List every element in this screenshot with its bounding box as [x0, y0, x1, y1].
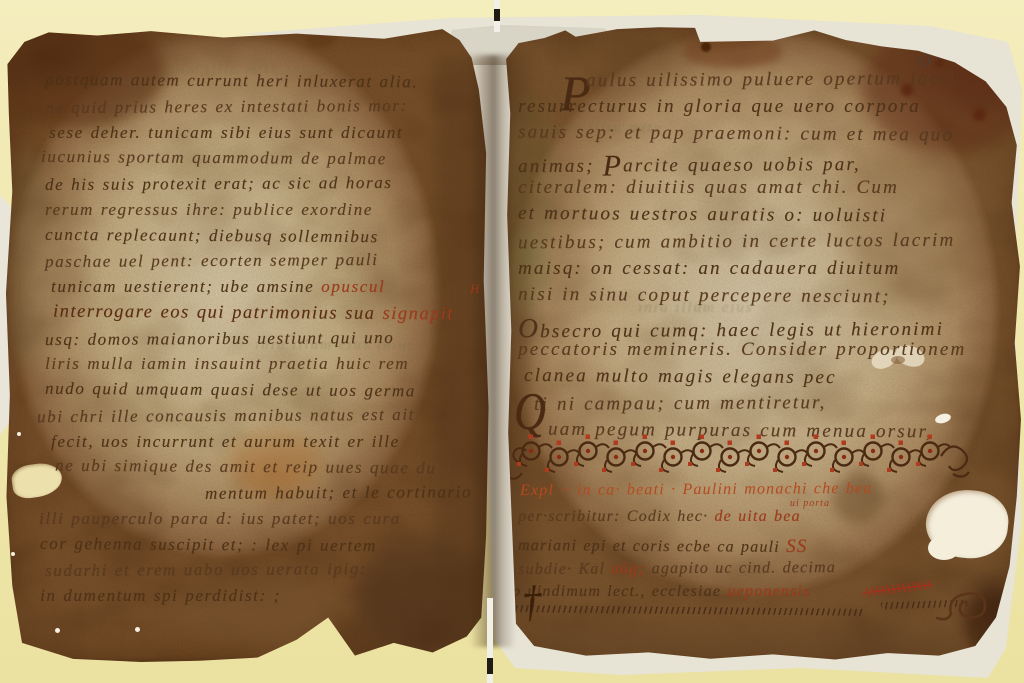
ribbon-dark-segment — [494, 9, 500, 21]
text-line: aulus uilissimo puluere opertum iacet — [586, 69, 958, 90]
text-line: ti ni campau; cum mentiretur, — [534, 393, 827, 414]
text-line: sudarhi et erem uabo uos uerata ipig: — [45, 560, 367, 579]
text-line: ubi chri ille concausis manibus natus es… — [37, 406, 415, 425]
spiral-ornament-band — [505, 430, 979, 488]
explicit-line: p uindimum lect., ecclesiae ueponensis — [512, 584, 810, 600]
manuscript-photo: ıuım ıllıu mıtu ınıuıl ınıu ıllum eıus ı… — [0, 0, 1024, 683]
text-line: rerum regressus ihre: publice exordine — [45, 201, 373, 218]
white-fleck — [11, 552, 15, 556]
white-fleck — [17, 432, 21, 436]
text-line: citeralem: diuitiis quas amat chi. Cum — [518, 178, 899, 197]
text-line: interrogare eos qui patrimonius sua sign… — [53, 303, 454, 324]
text-line: tunicam uestierent; ube amsine opuscul — [51, 278, 385, 295]
binding-gutter-shadow — [470, 55, 516, 647]
explicit-line: subdie· Kal aūg; agapito uc cind. decima — [518, 560, 836, 578]
stain — [0, 86, 23, 206]
binding-ribbon-bottom — [487, 598, 493, 683]
text-line: ne ubi simique des amit et reip uues qua… — [55, 457, 437, 477]
text-line: liris mulla iamin insauint praetia huic … — [45, 355, 409, 372]
text-line: sese deher. tunicam sibi eius sunt dicau… — [49, 124, 403, 141]
text-line: nisi in sinu coput percepere nesciunt; — [518, 285, 891, 307]
explicit-line: mariani epi et coris ecbe ca pauli SS — [518, 535, 808, 556]
text-line: in dumentum spi perdidist: ; — [40, 587, 281, 604]
text-line: iucunius sportam quammodum de palmae — [41, 148, 387, 167]
text-line: fecit, uos incurrunt et aurum texit er i… — [51, 433, 400, 450]
text-line: Obsecro qui cumq: haec legis ut hieronim… — [518, 312, 944, 342]
text-line: de his suis protexit erat; ac sic ad hor… — [45, 174, 393, 193]
text-line: postquam autem currunt heri inluxerat al… — [45, 71, 418, 91]
text-line: paschae uel pent: ecorten semper pauli — [45, 251, 379, 270]
manuscript-right-page: ıuım ıllıu mıtu ınıu ıllum eıus P aulus … — [503, 24, 1022, 662]
text-line: cor gehenna suscipit et; : lex pi uertem — [40, 535, 377, 554]
text-line: usq: domos maianoribus uestiunt qui uno — [45, 329, 394, 348]
spiral-mark — [935, 582, 997, 624]
binding-ribbon-top — [494, 0, 500, 32]
text-line: mentum habuit; et le cortinario — [205, 483, 472, 502]
text-line: maisq: on cessat: an cadauera diuitum — [518, 259, 900, 278]
left-page-text: ıuım ıllıu mıtu ınıuıl ınıu ıllum eıus ı… — [45, 26, 491, 662]
text-line: cuncta replecaunt; diebusq sollemnibus — [45, 226, 379, 245]
text-line: et mortuos uestros auratis o: uoluisti — [518, 204, 887, 226]
right-page-text: ıuım ıllıu mıtu ınıu ıllum eıus P aulus … — [518, 24, 1018, 662]
text-line: clanea multo magis elegans pec — [524, 366, 837, 387]
text-line: illi pauperculo para d: ius patet; uos c… — [39, 510, 401, 527]
text-line: nudo quid umquam quasi dese ut uos germa — [45, 380, 416, 400]
text-line: resurrecturus in gloria que uero corpora — [518, 97, 921, 116]
explicit-line: per·scribitur: Codix hec· de uita bea — [518, 509, 801, 525]
stain — [5, 146, 50, 366]
text-line: peccatoris memineris. Consider proportio… — [518, 340, 966, 359]
text-line: uestibus; cum ambitio in certe luctos la… — [518, 231, 955, 253]
text-line: sauis sep: et pap praemoni: cum et mea q… — [518, 122, 954, 144]
text-line: ne quid prius heres ex intestati bonis m… — [45, 97, 408, 116]
manuscript-left-page: ıuım ıllıu mıtu ınıuıl ınıu ıllum eıus ı… — [5, 26, 491, 662]
cross-mark: † — [521, 576, 542, 627]
ribbon-dark-segment — [487, 658, 493, 674]
interlinear-gloss: ui porta — [790, 498, 830, 509]
